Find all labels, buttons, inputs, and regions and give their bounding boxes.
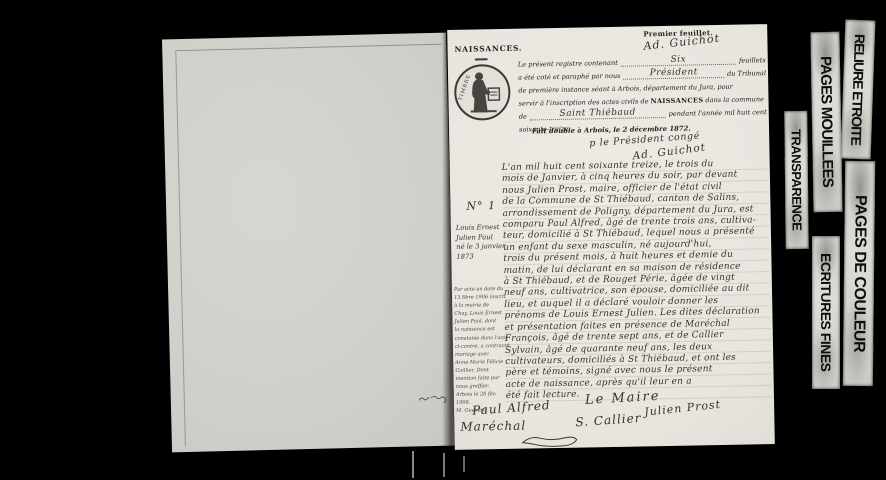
naissances-heading: NAISSANCES.: [454, 44, 522, 54]
handwritten-entry: Six: [670, 56, 686, 65]
signature-witness-callier: S. Callier: [575, 411, 642, 430]
condition-label-transparence: TRANSPARENCE: [784, 111, 808, 249]
naissances-word: NAISSANCES: [651, 96, 704, 105]
handwritten-entry: Président: [650, 68, 698, 78]
ruler-tick: [412, 451, 414, 478]
condition-label-pages-mouillees: PAGES MOUILLEES: [810, 32, 842, 212]
condition-label-ecritures-fines: ECRITURES FINES: [812, 236, 840, 389]
signature-flourish: [519, 434, 581, 451]
registry-scan-viewport: Premier feuillet. Ad. Guichot NAISSANCES…: [0, 0, 886, 480]
signature-witness-marechal: Maréchal: [460, 419, 526, 434]
printed-text: du Tribunal: [727, 69, 766, 78]
condition-label-reliure-etroite: RELIURE ETROITE: [841, 20, 876, 160]
printed-text: de: [519, 113, 527, 121]
heading-ornament: [475, 58, 488, 60]
birth-act-page: Premier feuillet. Ad. Guichot NAISSANCES…: [447, 24, 775, 450]
left-blank-page: [162, 33, 456, 453]
ruler-tick: [463, 456, 465, 472]
handwritten-entry: Saint Thiébaud: [559, 109, 636, 119]
page-impression-hairline: [175, 44, 451, 446]
birth-act-text: L'an mil huit cent soixante treize, le t…: [502, 158, 772, 402]
ruler-tick: [443, 453, 445, 477]
register-preamble: Le présent registre contenant Six feuill…: [518, 51, 767, 134]
printed-text: feuillets: [739, 56, 766, 64]
condition-label-pages-de-couleur: PAGES DE COULEUR: [843, 161, 875, 386]
printed-text: dans la commune: [705, 95, 764, 104]
act-number: N° 1: [466, 199, 496, 213]
timbre-seal-icon: TIMBRE: [452, 62, 513, 123]
